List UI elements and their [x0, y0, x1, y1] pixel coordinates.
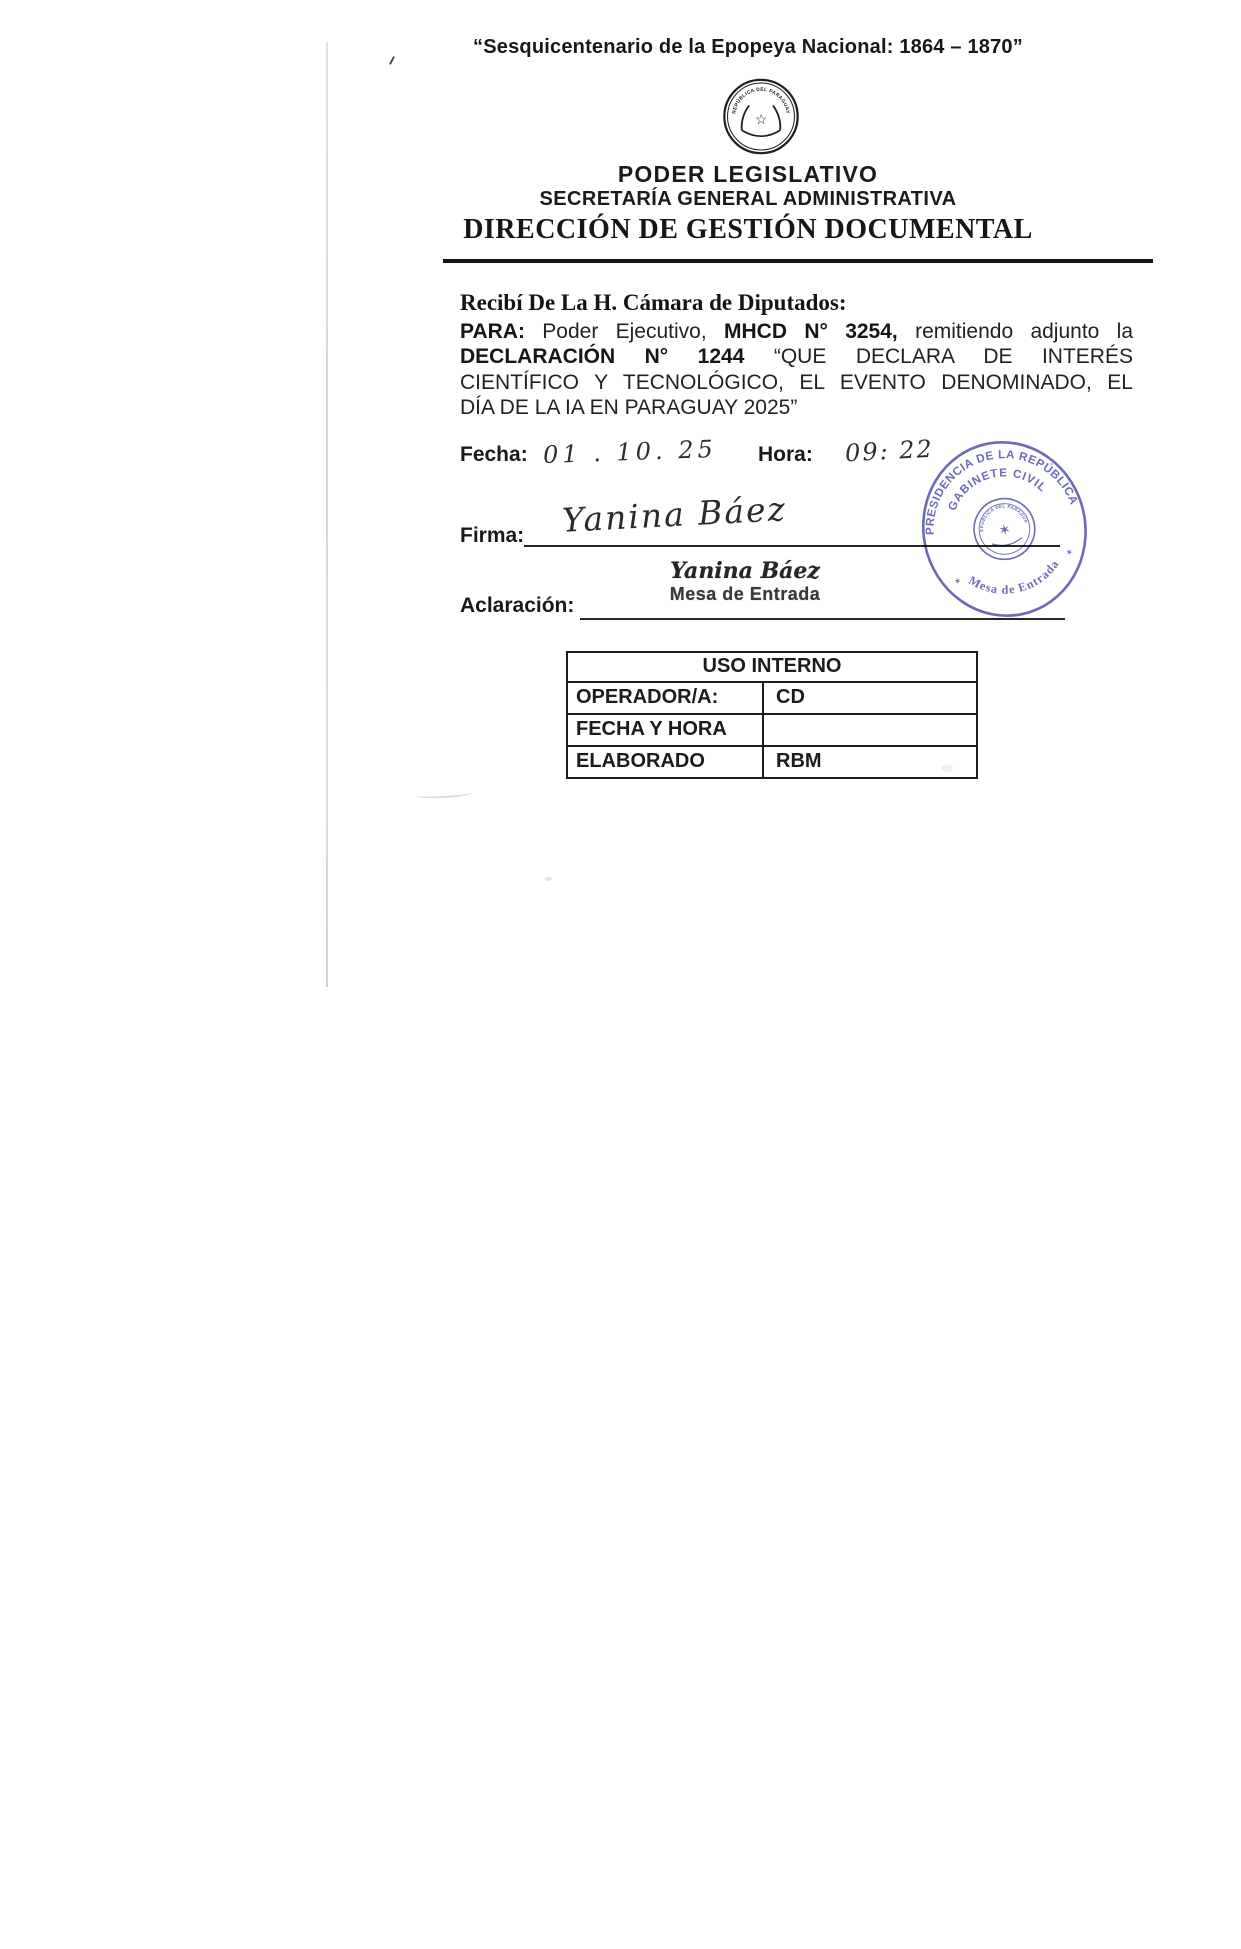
handwritten-signature: Yanina Báez: [561, 489, 788, 540]
direction-title: DIRECCIÓN DE GESTIÓN DOCUMENTAL: [248, 214, 1241, 246]
stamp-arc-top-text: PRESIDENCIA DE LA REPÚBLICA: [909, 433, 1081, 537]
stamp-center-star-icon: ✶: [997, 521, 1013, 540]
presidencia-round-ink-stamp: PRESIDENCIA DE LA REPÚBLICA GABINETE CIV…: [901, 420, 1107, 634]
seal-ring-text: REPÚBLICA DEL PARAGUAY: [731, 87, 790, 115]
scanned-document-page: “Sesquicentenario de la Epopeya Nacional…: [0, 0, 1241, 1949]
fecha-label: Fecha:: [460, 443, 528, 467]
stamp-arc-bottom-text: Mesa de Entrada: [964, 555, 1066, 606]
name-stamp: Yanina Báez Mesa de Entrada: [625, 558, 865, 605]
para-text: remitiendo adjunto la: [915, 320, 1133, 343]
table-row: ELABORADO RBM: [568, 747, 976, 777]
received-document-paragraph: Recibí De La H. Cámara de Diputados: PAR…: [460, 290, 1133, 421]
institution-title: PODER LEGISLATIVO: [248, 161, 1241, 188]
stamp-emblem-laurel: [992, 538, 1023, 548]
seal-laurel-bottom: [742, 130, 781, 136]
stamp-side-star-right-icon: ✶: [1065, 547, 1075, 558]
svg-text:PRESIDENCIA DE LA REPÚBLICA: PRESIDENCIA DE LA REPÚBLICA: [909, 433, 1081, 537]
declaracion-number: DECLARACIÓN N° 1244: [460, 345, 744, 368]
commemorative-quote: “Sesquicentenario de la Epopeya Nacional…: [248, 36, 1241, 59]
para-text: Poder Ejecutivo,: [542, 320, 706, 343]
svg-text:Mesa de Entrada: Mesa de Entrada: [964, 555, 1066, 606]
secretariat-title: SECRETARÍA GENERAL ADMINISTRATIVA: [248, 188, 1241, 211]
table-row: FECHA Y HORA: [568, 715, 976, 747]
para-line-4: CIENTÍFICO Y TECNOLÓGICO, EL EVENTO DENO…: [460, 370, 1133, 396]
stamped-name: Yanina Báez: [625, 558, 865, 584]
firma-label: Firma:: [460, 524, 524, 548]
para-label: PARA:: [460, 320, 525, 343]
stamped-office: Mesa de Entrada: [625, 584, 865, 605]
row-label-operador: OPERADOR/A:: [568, 683, 764, 713]
stamp-side-star-left-icon: ✶: [953, 576, 963, 587]
header-divider-rule: [443, 259, 1153, 263]
scan-artifact-smudge: [545, 877, 552, 881]
uso-interno-title: USO INTERNO: [568, 653, 976, 683]
row-label-fecha-hora: FECHA Y HORA: [568, 715, 764, 745]
table-row: OPERADOR/A: CD: [568, 683, 976, 715]
row-value-fecha-hora: [764, 715, 976, 745]
seal-laurel-left: [742, 106, 749, 131]
row-label-elaborado: ELABORADO: [568, 747, 764, 777]
mhcd-number: MHCD N° 3254,: [724, 320, 898, 343]
scan-artifact-smudge: [415, 788, 473, 799]
para-line-5: DÍA DE LA IA EN PARAGUAY 2025”: [460, 395, 1133, 421]
paraguay-coat-of-arms-seal: REPÚBLICA DEL PARAGUAY ☆: [720, 78, 802, 155]
row-value-operador: CD: [764, 683, 976, 713]
para-line-3: DECLARACIÓN N° 1244 “QUE DECLARA DE INTE…: [460, 344, 1133, 370]
coat-of-arms-icon: REPÚBLICA DEL PARAGUAY ☆: [720, 78, 802, 155]
row-value-elaborado: RBM: [764, 747, 976, 777]
round-stamp-icon: PRESIDENCIA DE LA REPÚBLICA GABINETE CIV…: [901, 420, 1107, 634]
seal-laurel-right: [773, 106, 780, 131]
svg-text:REPÚBLICA DEL PARAGUAY: REPÚBLICA DEL PARAGUAY: [731, 87, 790, 115]
uso-interno-table: USO INTERNO OPERADOR/A: CD FECHA Y HORA …: [566, 651, 978, 779]
fecha-handwritten-value: 01 . 10. 25: [543, 435, 718, 469]
para-line-2: PARA: Poder Ejecutivo, MHCD N° 3254, rem…: [460, 319, 1133, 345]
hora-label: Hora:: [758, 443, 813, 467]
recibi-heading: Recibí De La H. Cámara de Diputados:: [460, 290, 1133, 316]
para-text: “QUE DECLARA DE INTERÉS: [774, 345, 1133, 368]
seal-star-icon: ☆: [755, 112, 767, 127]
aclaracion-label: Aclaración:: [460, 594, 574, 618]
